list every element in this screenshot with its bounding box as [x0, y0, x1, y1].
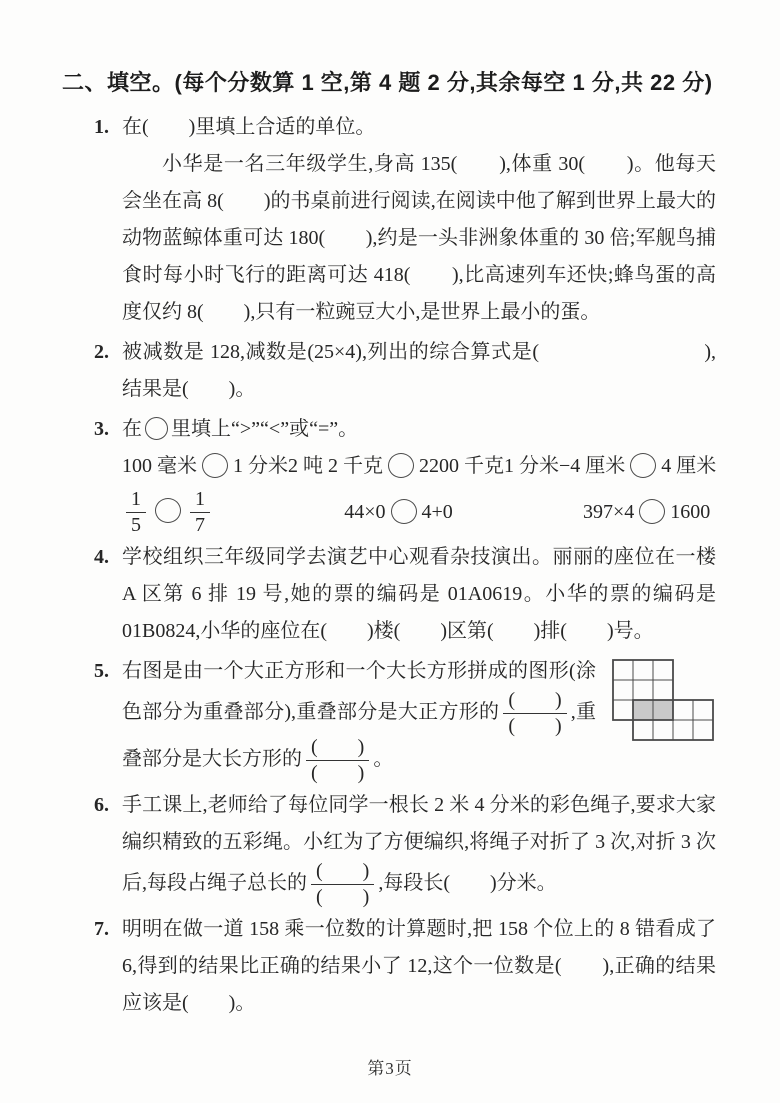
question-6: 6. 手工课上,老师给了每位同学一根长 2 米 4 分米的彩色绳子,要求大家编织… [94, 787, 716, 908]
fraction: 17 [190, 489, 210, 536]
question-number: 6. [94, 787, 122, 908]
blank-circle-icon [639, 499, 665, 524]
q3-intro: 在里填上“>”“<”或“=”。 [122, 411, 716, 448]
question-6-body: 手工课上,老师给了每位同学一根长 2 米 4 分米的彩色绳子,要求大家编织精致的… [122, 787, 716, 908]
comparison-right: 4 厘米 [661, 455, 716, 477]
fraction-numerator: ( ) [503, 690, 566, 714]
q4-text: 学校组织三年级同学去演艺中心观看杂技演出。丽丽的座位在一楼 A 区第 6 排 1… [122, 539, 716, 650]
comparison-row-1: 100 毫米1 分米 2 吨 2 千克2200 千克 1 分米−4 厘米4 厘米 [122, 448, 716, 485]
comparison-left: 397×4 [583, 501, 634, 523]
q1-paragraph: 小华是一名三年级学生,身高 135( ),体重 30( )。他每天会坐在高 8(… [122, 146, 716, 331]
question-5-body: 右图是由一个大正方形和一个大长方形拼成的图形(涂色部分为重叠部分),重叠部分是大… [122, 653, 716, 784]
blank-circle-icon [630, 453, 656, 478]
blank-circle-icon [202, 453, 228, 478]
comparison-right: 4+0 [422, 501, 453, 523]
question-1: 1. 在( )里填上合适的单位。 小华是一名三年级学生,身高 135( ),体重… [94, 109, 716, 331]
fraction-numerator: 1 [126, 489, 146, 513]
question-7-body: 明明在做一道 158 乘一位数的计算题时,把 158 个位上的 8 错看成了 6… [122, 911, 716, 1022]
comparison-left: 1 分米−4 厘米 [504, 455, 625, 477]
blank-circle-icon [388, 453, 414, 478]
blank-fraction: ( )( ) [306, 737, 369, 784]
q7-text: 明明在做一道 158 乘一位数的计算题时,把 158 个位上的 8 错看成了 6… [122, 911, 716, 1022]
fraction-numerator: ( ) [306, 737, 369, 761]
question-4: 4. 学校组织三年级同学去演艺中心观看杂技演出。丽丽的座位在一楼 A 区第 6 … [94, 539, 716, 650]
comparison-item: 1 分米−4 厘米4 厘米 [504, 448, 716, 485]
blank-circle-icon [155, 498, 181, 523]
question-5: 5. [94, 653, 716, 784]
blank-circle-icon [391, 499, 417, 524]
q3-intro-before: 在 [122, 418, 142, 440]
q2-text: 被减数是 128,减数是(25×4),列出的综合算式是( ),结果是( )。 [122, 334, 716, 408]
question-3: 3. 在里填上“>”“<”或“=”。 100 毫米1 分米 2 吨 2 千克22… [94, 411, 716, 536]
q1-intro: 在( )里填上合适的单位。 [122, 109, 716, 146]
comparison-right: 1600 [670, 501, 710, 523]
comparison-left: 2 吨 2 千克 [288, 455, 383, 477]
worksheet-page: 二、填空。(每个分数算 1 空,第 4 题 2 分,其余每空 1 分,共 22 … [0, 0, 780, 1103]
fraction-numerator: 1 [190, 489, 210, 513]
question-2-body: 被减数是 128,减数是(25×4),列出的综合算式是( ),结果是( )。 [122, 334, 716, 408]
comparison-item: 100 毫米1 分米 [122, 448, 288, 485]
section-title: 二、填空。(每个分数算 1 空,第 4 题 2 分,其余每空 1 分,共 22 … [62, 66, 716, 97]
comparison-item: 397×41600 [583, 494, 710, 531]
page-number: 第3页 [0, 1054, 780, 1079]
q5-text-3: 。 [373, 748, 393, 770]
overlap-grid-figure [610, 657, 716, 756]
comparison-item: 44×04+0 [344, 494, 453, 531]
comparison-right: 1 分米 [233, 455, 288, 477]
comparison-left: 44×0 [344, 501, 385, 523]
question-3-body: 在里填上“>”“<”或“=”。 100 毫米1 分米 2 吨 2 千克2200 … [122, 411, 716, 536]
blank-circle-icon [145, 417, 168, 440]
fraction-denominator: ( ) [311, 885, 374, 908]
question-number: 7. [94, 911, 122, 1022]
question-number: 5. [94, 653, 122, 784]
question-7: 7. 明明在做一道 158 乘一位数的计算题时,把 158 个位上的 8 错看成… [94, 911, 716, 1022]
fraction-denominator: 7 [190, 513, 210, 536]
q6-text-2: ,每段长( )分米。 [378, 872, 556, 894]
blank-fraction: ( )( ) [311, 861, 374, 908]
fraction-denominator: ( ) [503, 714, 566, 737]
question-number: 1. [94, 109, 122, 331]
fraction-numerator: ( ) [311, 861, 374, 885]
fraction-denominator: ( ) [306, 761, 369, 784]
question-number: 4. [94, 539, 122, 650]
blank-fraction: ( )( ) [503, 690, 566, 737]
q3-intro-after: 里填上“>”“<”或“=”。 [171, 418, 358, 440]
question-number: 3. [94, 411, 122, 536]
fraction: 15 [126, 489, 146, 536]
comparison-item: 2 吨 2 千克2200 千克 [288, 448, 504, 485]
fraction-denominator: 5 [126, 513, 146, 536]
comparison-item: 1517 [122, 489, 214, 536]
question-2: 2. 被减数是 128,减数是(25×4),列出的综合算式是( ),结果是( )… [94, 334, 716, 408]
question-number: 2. [94, 334, 122, 408]
comparison-left: 100 毫米 [122, 455, 197, 477]
question-4-body: 学校组织三年级同学去演艺中心观看杂技演出。丽丽的座位在一楼 A 区第 6 排 1… [122, 539, 716, 650]
comparison-right: 2200 千克 [419, 455, 504, 477]
question-1-body: 在( )里填上合适的单位。 小华是一名三年级学生,身高 135( ),体重 30… [122, 109, 716, 331]
comparison-row-2: 1517 44×04+0 397×41600 [122, 489, 716, 536]
overlap-grid-svg [610, 657, 716, 743]
